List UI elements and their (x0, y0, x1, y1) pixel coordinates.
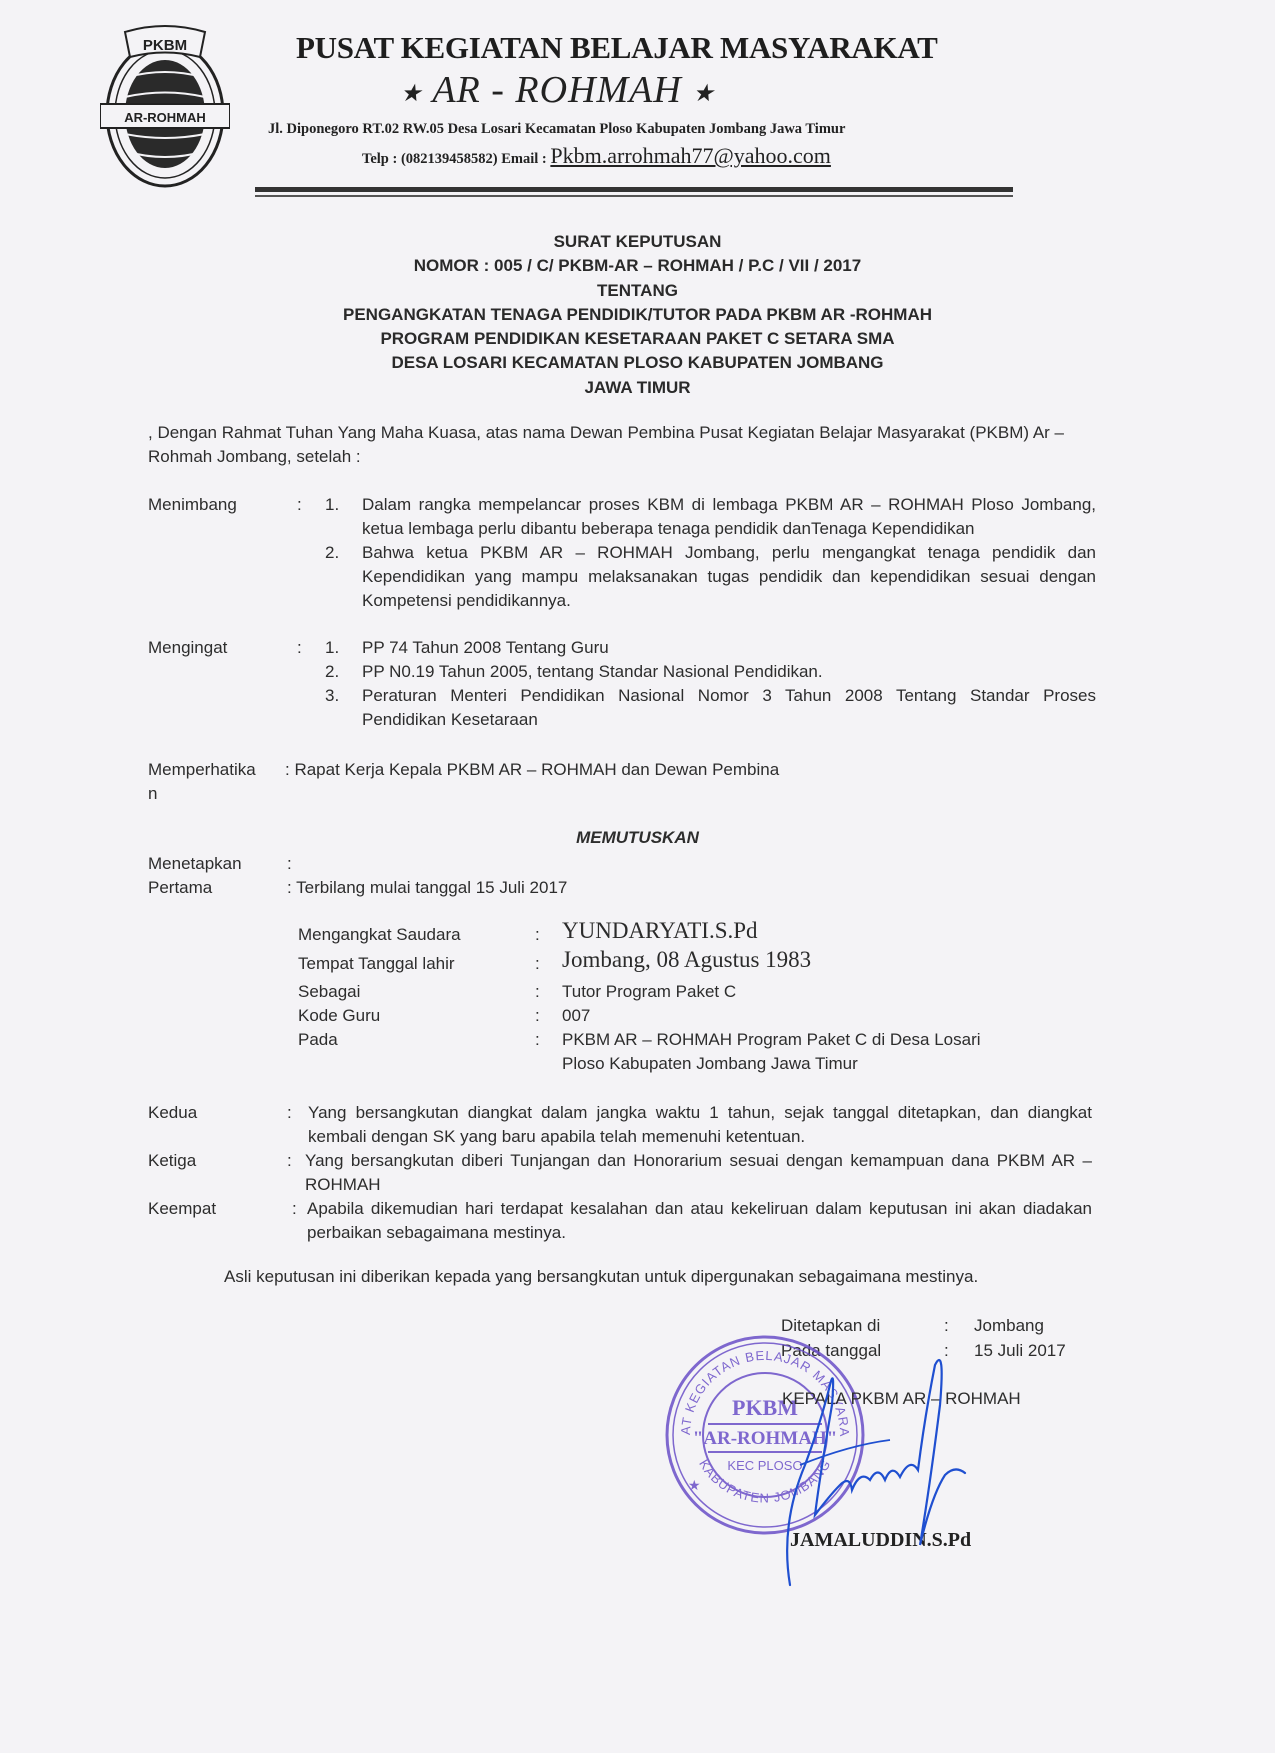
title-line: TENTANG (0, 279, 1275, 303)
decree-number: NOMOR : 005 / C/ PKBM-AR – ROHMAH / P.C … (0, 254, 1275, 278)
item-number: 1. (325, 493, 339, 517)
item-number: 2. (325, 541, 339, 565)
phone-text: Telp : (082139458582) Email : (362, 151, 550, 167)
appointee-label: Kode Guru (298, 1004, 380, 1028)
colon: : (297, 636, 302, 660)
section-label-keempat: Keempat (148, 1197, 216, 1221)
section-label-ketiga: Ketiga (148, 1149, 196, 1173)
section-label-menimbang: Menimbang (148, 493, 237, 517)
menimbang-item: Dalam rangka mempelancar proses KBM di l… (362, 493, 1096, 541)
mengingat-item: Peraturan Menteri Pendidikan Nasional No… (362, 684, 1096, 732)
org-title: PUSAT KEGIATAN BELAJAR MASYARAKAT (296, 30, 937, 66)
header-rule-thin (255, 195, 1013, 197)
colon: : (292, 1197, 297, 1221)
title-line: PENGANGKATAN TENAGA PENDIDIK/TUTOR PADA … (0, 303, 1275, 327)
title-line: SURAT KEPUTUSAN (0, 230, 1275, 254)
org-name-text: AR - ROHMAH (432, 69, 681, 111)
section-label-kedua: Kedua (148, 1101, 197, 1125)
appointee-place-cont: Ploso Kabupaten Jombang Jawa Timur (562, 1052, 858, 1076)
mengingat-item: PP 74 Tahun 2008 Tentang Guru (362, 636, 1096, 660)
handwritten-signature-icon (760, 1345, 1000, 1595)
item-number: 2. (325, 660, 339, 684)
memutuskan-heading: MEMUTUSKAN (0, 826, 1275, 850)
section-label-mengingat: Mengingat (148, 636, 227, 660)
svg-text:AR-ROHMAH: AR-ROHMAH (124, 110, 206, 125)
org-address: Jl. Diponegoro RT.02 RW.05 Desa Losari K… (268, 121, 845, 138)
star-icon: ★ (400, 81, 423, 107)
section-label-memperhatikan-wrap: n (148, 782, 157, 806)
colon: : (535, 952, 540, 976)
closing-statement: Asli keputusan ini diberikan kepada yang… (224, 1265, 978, 1289)
place-value: Jombang (974, 1314, 1044, 1338)
title-line: DESA LOSARI KECAMATAN PLOSO KABUPATEN JO… (0, 351, 1275, 375)
colon: : (287, 1101, 292, 1125)
title-line: PROGRAM PENDIDIKAN KESETARAAN PAKET C SE… (0, 327, 1275, 351)
svg-text:★: ★ (688, 1477, 701, 1493)
colon: : (287, 1149, 292, 1173)
org-name: ★ AR - ROHMAH ★ (400, 68, 715, 112)
colon: : (297, 493, 302, 517)
section-label-memperhatikan: Memperhatika (148, 758, 256, 782)
intro-line: , Dengan Rahmat Tuhan Yang Maha Kuasa, a… (148, 421, 1064, 445)
appointee-label: Sebagai (298, 980, 360, 1004)
appointee-label: Mengangkat Saudara (298, 923, 461, 947)
title-line: JAWA TIMUR (0, 376, 1275, 400)
menimbang-item: Bahwa ketua PKBM AR – ROHMAH Jombang, pe… (362, 541, 1096, 613)
header-rule (255, 187, 1013, 192)
colon: : (535, 923, 540, 947)
pertama-text: : Terbilang mulai tanggal 15 Juli 2017 (287, 876, 567, 900)
colon: : (287, 852, 292, 876)
keempat-text: Apabila dikemudian hari terdapat kesalah… (307, 1197, 1092, 1245)
colon: : (535, 980, 540, 1004)
org-contact: Telp : (082139458582) Email : Pkbm.arroh… (362, 143, 831, 169)
appointee-role: Tutor Program Paket C (562, 980, 736, 1004)
item-number: 3. (325, 684, 339, 708)
pkbm-logo-icon: PKBM AR-ROHMAH (100, 22, 230, 192)
appointee-code: 007 (562, 1004, 590, 1028)
document-title: SURAT KEPUTUSAN NOMOR : 005 / C/ PKBM-AR… (0, 230, 1275, 400)
intro-line: Rohmah Jombang, setelah : (148, 445, 361, 469)
svg-text:PKBM: PKBM (143, 37, 187, 54)
appointee-birth: Jombang, 08 Agustus 1983 (562, 947, 811, 973)
appointee-name: YUNDARYATI.S.Pd (562, 918, 758, 944)
item-number: 1. (325, 636, 339, 660)
appointee-label: Tempat Tanggal lahir (298, 952, 455, 976)
colon: : (535, 1028, 540, 1052)
memperhatikan-text: : Rapat Kerja Kepala PKBM AR – ROHMAH da… (285, 758, 779, 782)
email-link[interactable]: Pkbm.arrohmah77@yahoo.com (550, 143, 831, 168)
ketiga-text: Yang bersangkutan diberi Tunjangan dan H… (305, 1149, 1092, 1197)
section-label-menetapkan: Menetapkan (148, 852, 242, 876)
star-icon: ★ (692, 81, 715, 107)
colon: : (944, 1314, 949, 1338)
kedua-text: Yang bersangkutan diangkat dalam jangka … (308, 1101, 1092, 1149)
appointee-label: Pada (298, 1028, 338, 1052)
colon: : (535, 1004, 540, 1028)
appointee-place: PKBM AR – ROHMAH Program Paket C di Desa… (562, 1028, 981, 1052)
section-label-pertama: Pertama (148, 876, 212, 900)
mengingat-item: PP N0.19 Tahun 2005, tentang Standar Nas… (362, 660, 1096, 684)
